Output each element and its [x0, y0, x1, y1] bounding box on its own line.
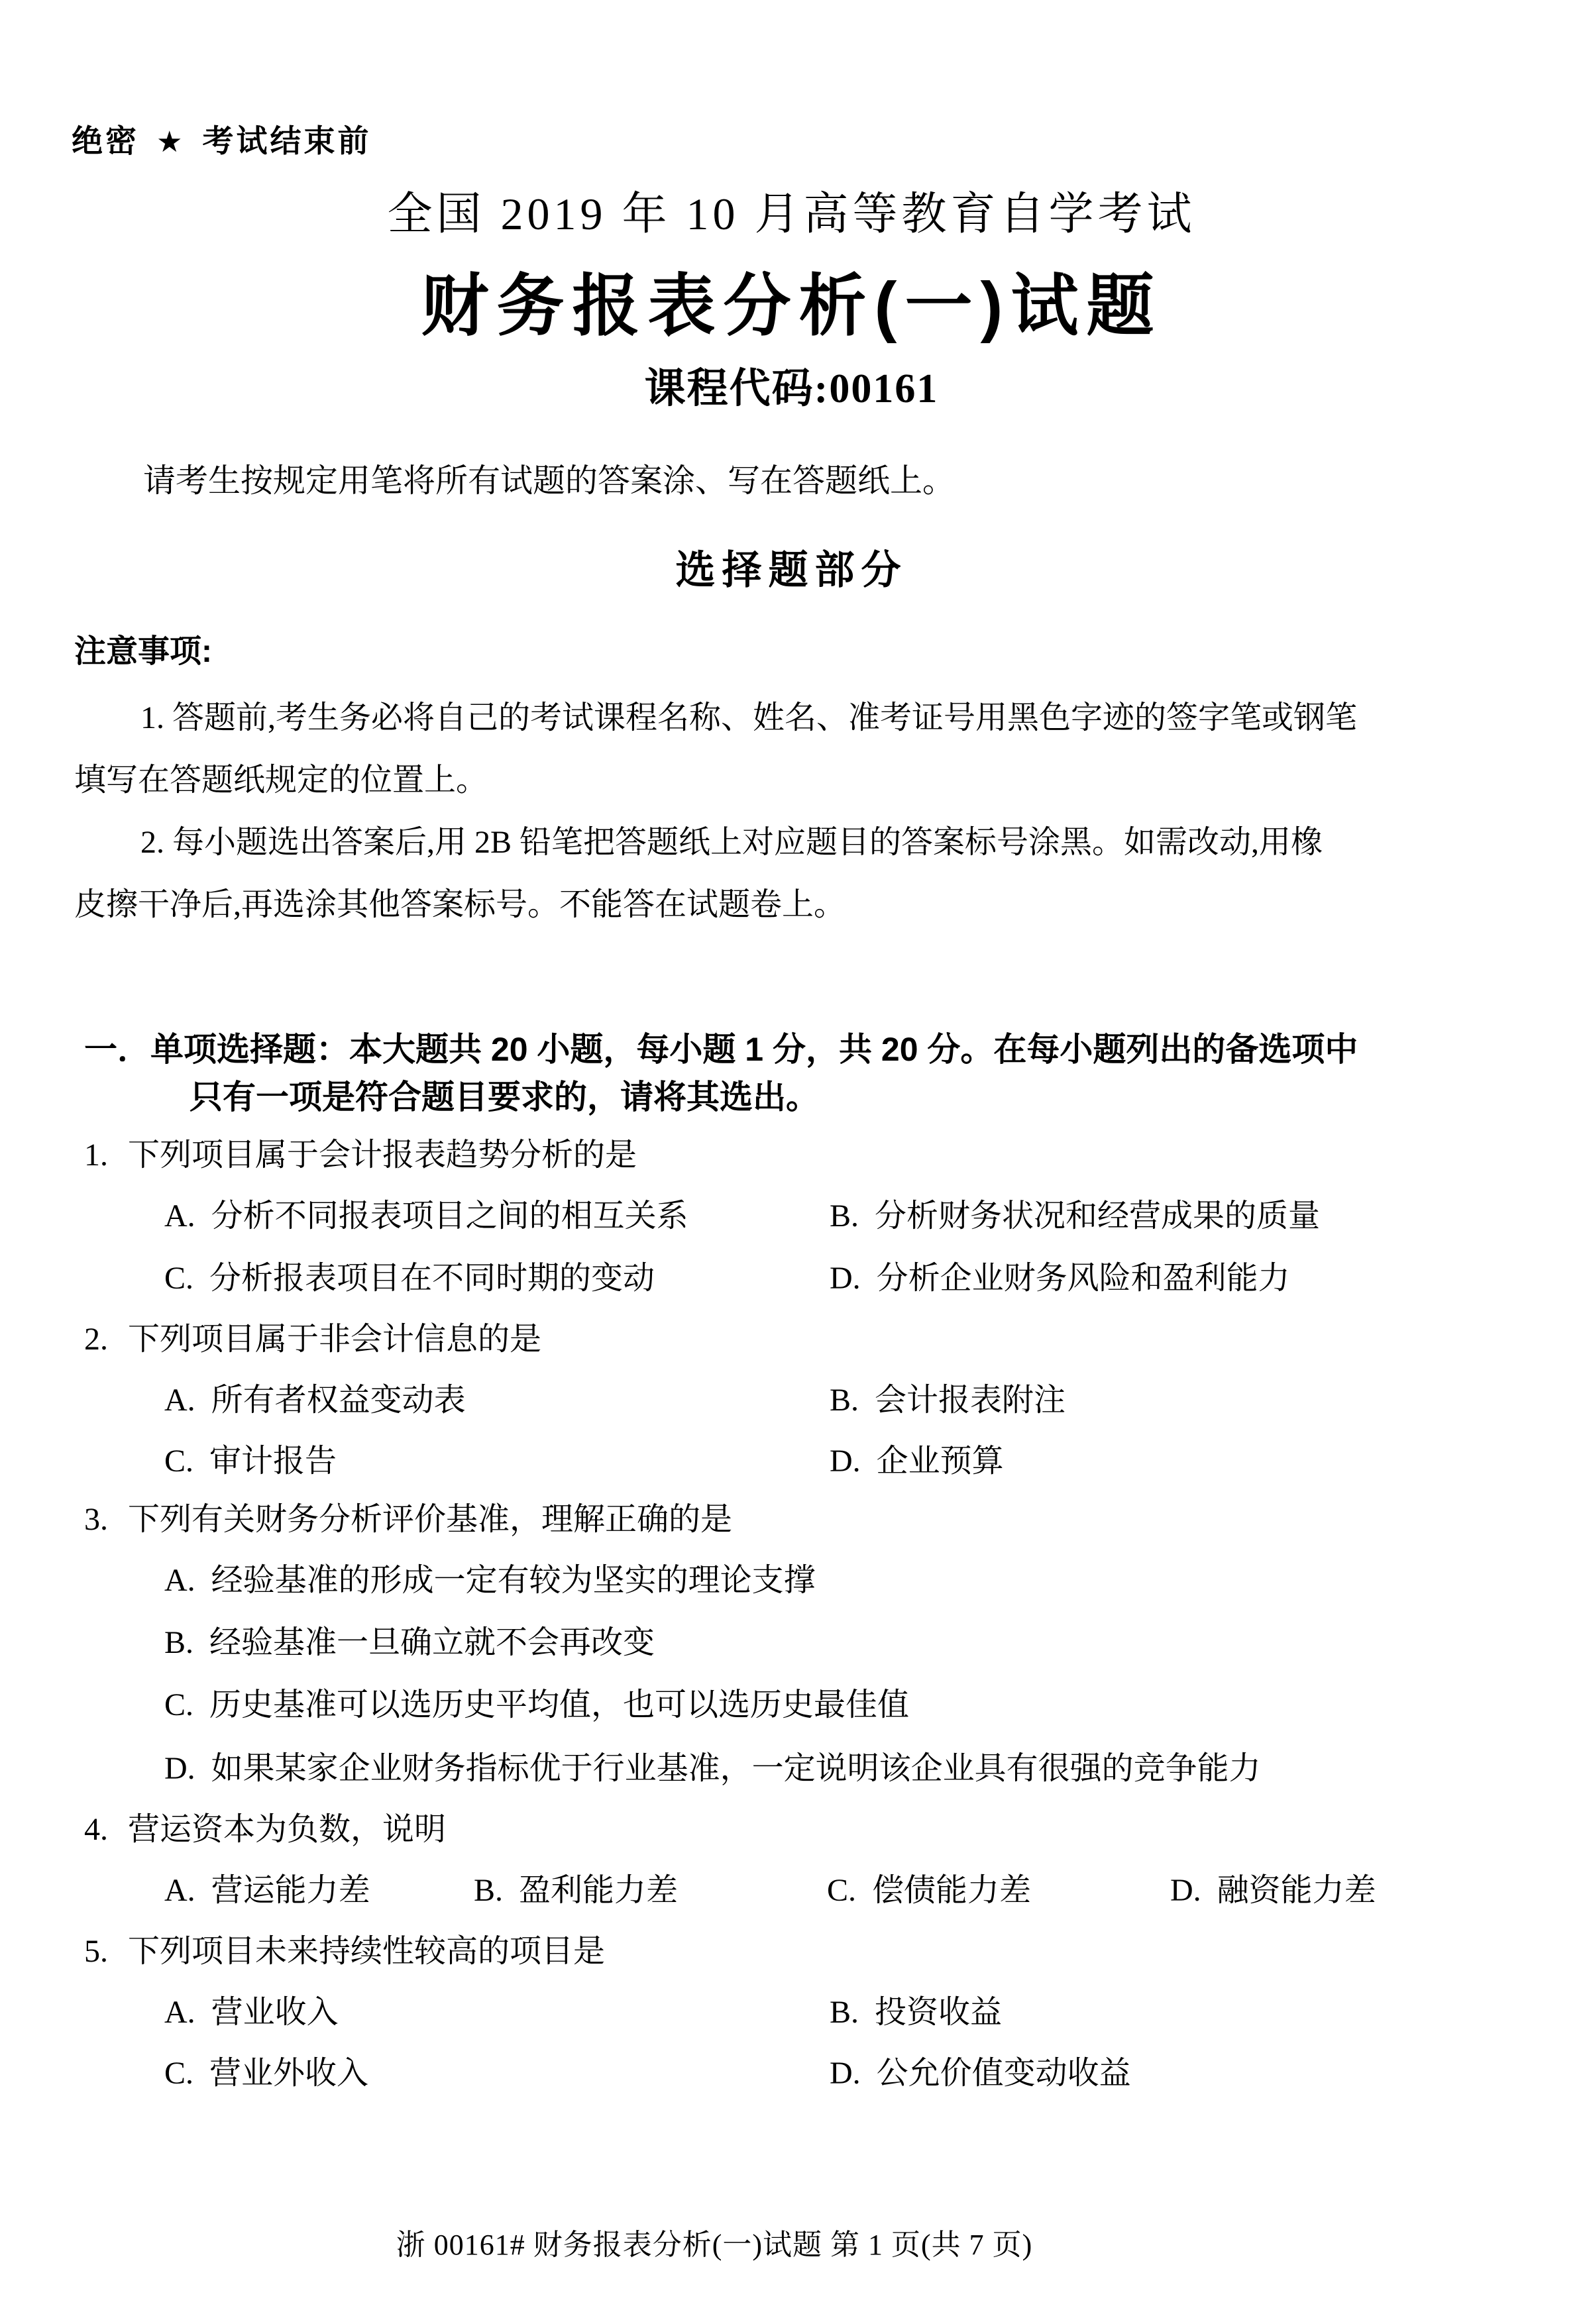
question-3-option-c: C.历史基准可以选历史平均值，也可以选历史最佳值 [164, 1687, 909, 1723]
page-footer: 浙 00161# 财务报表分析(一)试题 第 1 页(共 7 页) [396, 2229, 1033, 2262]
question-2-number: 2. [84, 1321, 108, 1357]
question-1-text: 下列项目属于会计报表趋势分析的是 [128, 1137, 637, 1173]
question-2-text: 下列项目属于非会计信息的是 [128, 1322, 541, 1357]
question-3-stem: 3.下列有关财务分析评价基准，理解正确的是 [84, 1501, 732, 1538]
question-1-number: 1. [84, 1137, 108, 1173]
question-1-option-a: A.分析不同报表项目之间的相互关系 [164, 1198, 688, 1234]
notice-2-line-2: 皮擦干净后,再选涂其他答案标号。不能答在试题卷上。 [74, 886, 846, 923]
question-2-option-d: D.企业预算 [830, 1443, 1004, 1479]
question-4-text: 营运资本为负数，说明 [128, 1812, 446, 1847]
question-4-option-a: A.营运能力差 [164, 1872, 370, 1909]
notice-2-line-1: 2. 每小题选出答案后,用 2B 铅笔把答题纸上对应题目的答案标号涂黑。如需改动… [140, 824, 1323, 861]
section-1-heading-line-1: 一．单项选择题：本大题共 20 小题，每小题 1 分，共 20 分。在每小题列出… [84, 1031, 1358, 1069]
question-1-option-d: D.分析企业财务风险和盈利能力 [830, 1260, 1290, 1296]
question-5-stem: 5.下列项目未来持续性较高的项目是 [84, 1933, 605, 1970]
question-1-stem: 1.下列项目属于会计报表趋势分析的是 [84, 1137, 637, 1173]
part-title: 选择题部分 [0, 547, 1583, 593]
question-5-option-a: A.营业收入 [164, 1994, 339, 2031]
course-code: 课程代码:00161 [0, 366, 1583, 413]
question-5-option-b: B.投资收益 [830, 1994, 1002, 2031]
question-1-option-c: C.分析报表项目在不同时期的变动 [164, 1260, 655, 1296]
question-5-option-c: C.营业外收入 [164, 2055, 368, 2091]
question-3-number: 3. [84, 1501, 108, 1538]
notice-1-line-2: 填写在答题纸规定的位置上。 [74, 762, 488, 798]
question-4-option-c: C.偿债能力差 [827, 1872, 1031, 1909]
question-2-stem: 2.下列项目属于非会计信息的是 [84, 1321, 541, 1357]
question-4-stem: 4.营运资本为负数，说明 [84, 1811, 446, 1848]
question-2-option-c: C.审计报告 [164, 1443, 337, 1479]
exam-session-title: 全国 2019 年 10 月高等教育自学考试 [0, 188, 1583, 240]
question-5-option-d: D.公允价值变动收益 [830, 2055, 1131, 2091]
classification-label: 绝密★考试结束前 [72, 123, 371, 160]
question-5-text: 下列项目未来持续性较高的项目是 [128, 1934, 605, 1969]
question-2-option-a: A.所有者权益变动表 [164, 1382, 466, 1418]
paper-title: 财务报表分析(一)试题 [0, 268, 1583, 345]
classification-prefix: 绝密 [72, 123, 139, 158]
notice-label: 注意事项: [74, 633, 212, 670]
exam-paper-page: 绝密★考试结束前 全国 2019 年 10 月高等教育自学考试 财务报表分析(一… [0, 0, 1583, 2324]
question-2-option-b: B.会计报表附注 [830, 1382, 1065, 1418]
question-4-number: 4. [84, 1811, 108, 1848]
question-4-option-d: D.融资能力差 [1170, 1872, 1376, 1909]
answer-instruction: 请考生按规定用笔将所有试题的答案涂、写在答题纸上。 [143, 462, 955, 500]
question-3-option-a: A.经验基准的形成一定有较为坚实的理论支撑 [164, 1562, 816, 1599]
notice-1-line-1: 1. 答题前,考生务必将自己的考试课程名称、姓名、准考证号用黑色字迹的签字笔或钢… [140, 700, 1357, 736]
question-1-option-b: B.分析财务状况和经营成果的质量 [830, 1198, 1320, 1234]
question-3-option-d: D.如果某家企业财务指标优于行业基准，一定说明该企业具有很强的竞争能力 [164, 1750, 1261, 1787]
question-4-option-b: B.盈利能力差 [474, 1872, 678, 1909]
question-3-text: 下列有关财务分析评价基准，理解正确的是 [128, 1502, 732, 1537]
star-icon: ★ [156, 126, 185, 158]
question-5-number: 5. [84, 1933, 108, 1970]
section-1-heading-line-2: 只有一项是符合题目要求的，请将其选出。 [190, 1079, 819, 1117]
question-3-option-b: B.经验基准一旦确立就不会再改变 [164, 1624, 655, 1661]
classification-suffix: 考试结束前 [202, 123, 371, 158]
